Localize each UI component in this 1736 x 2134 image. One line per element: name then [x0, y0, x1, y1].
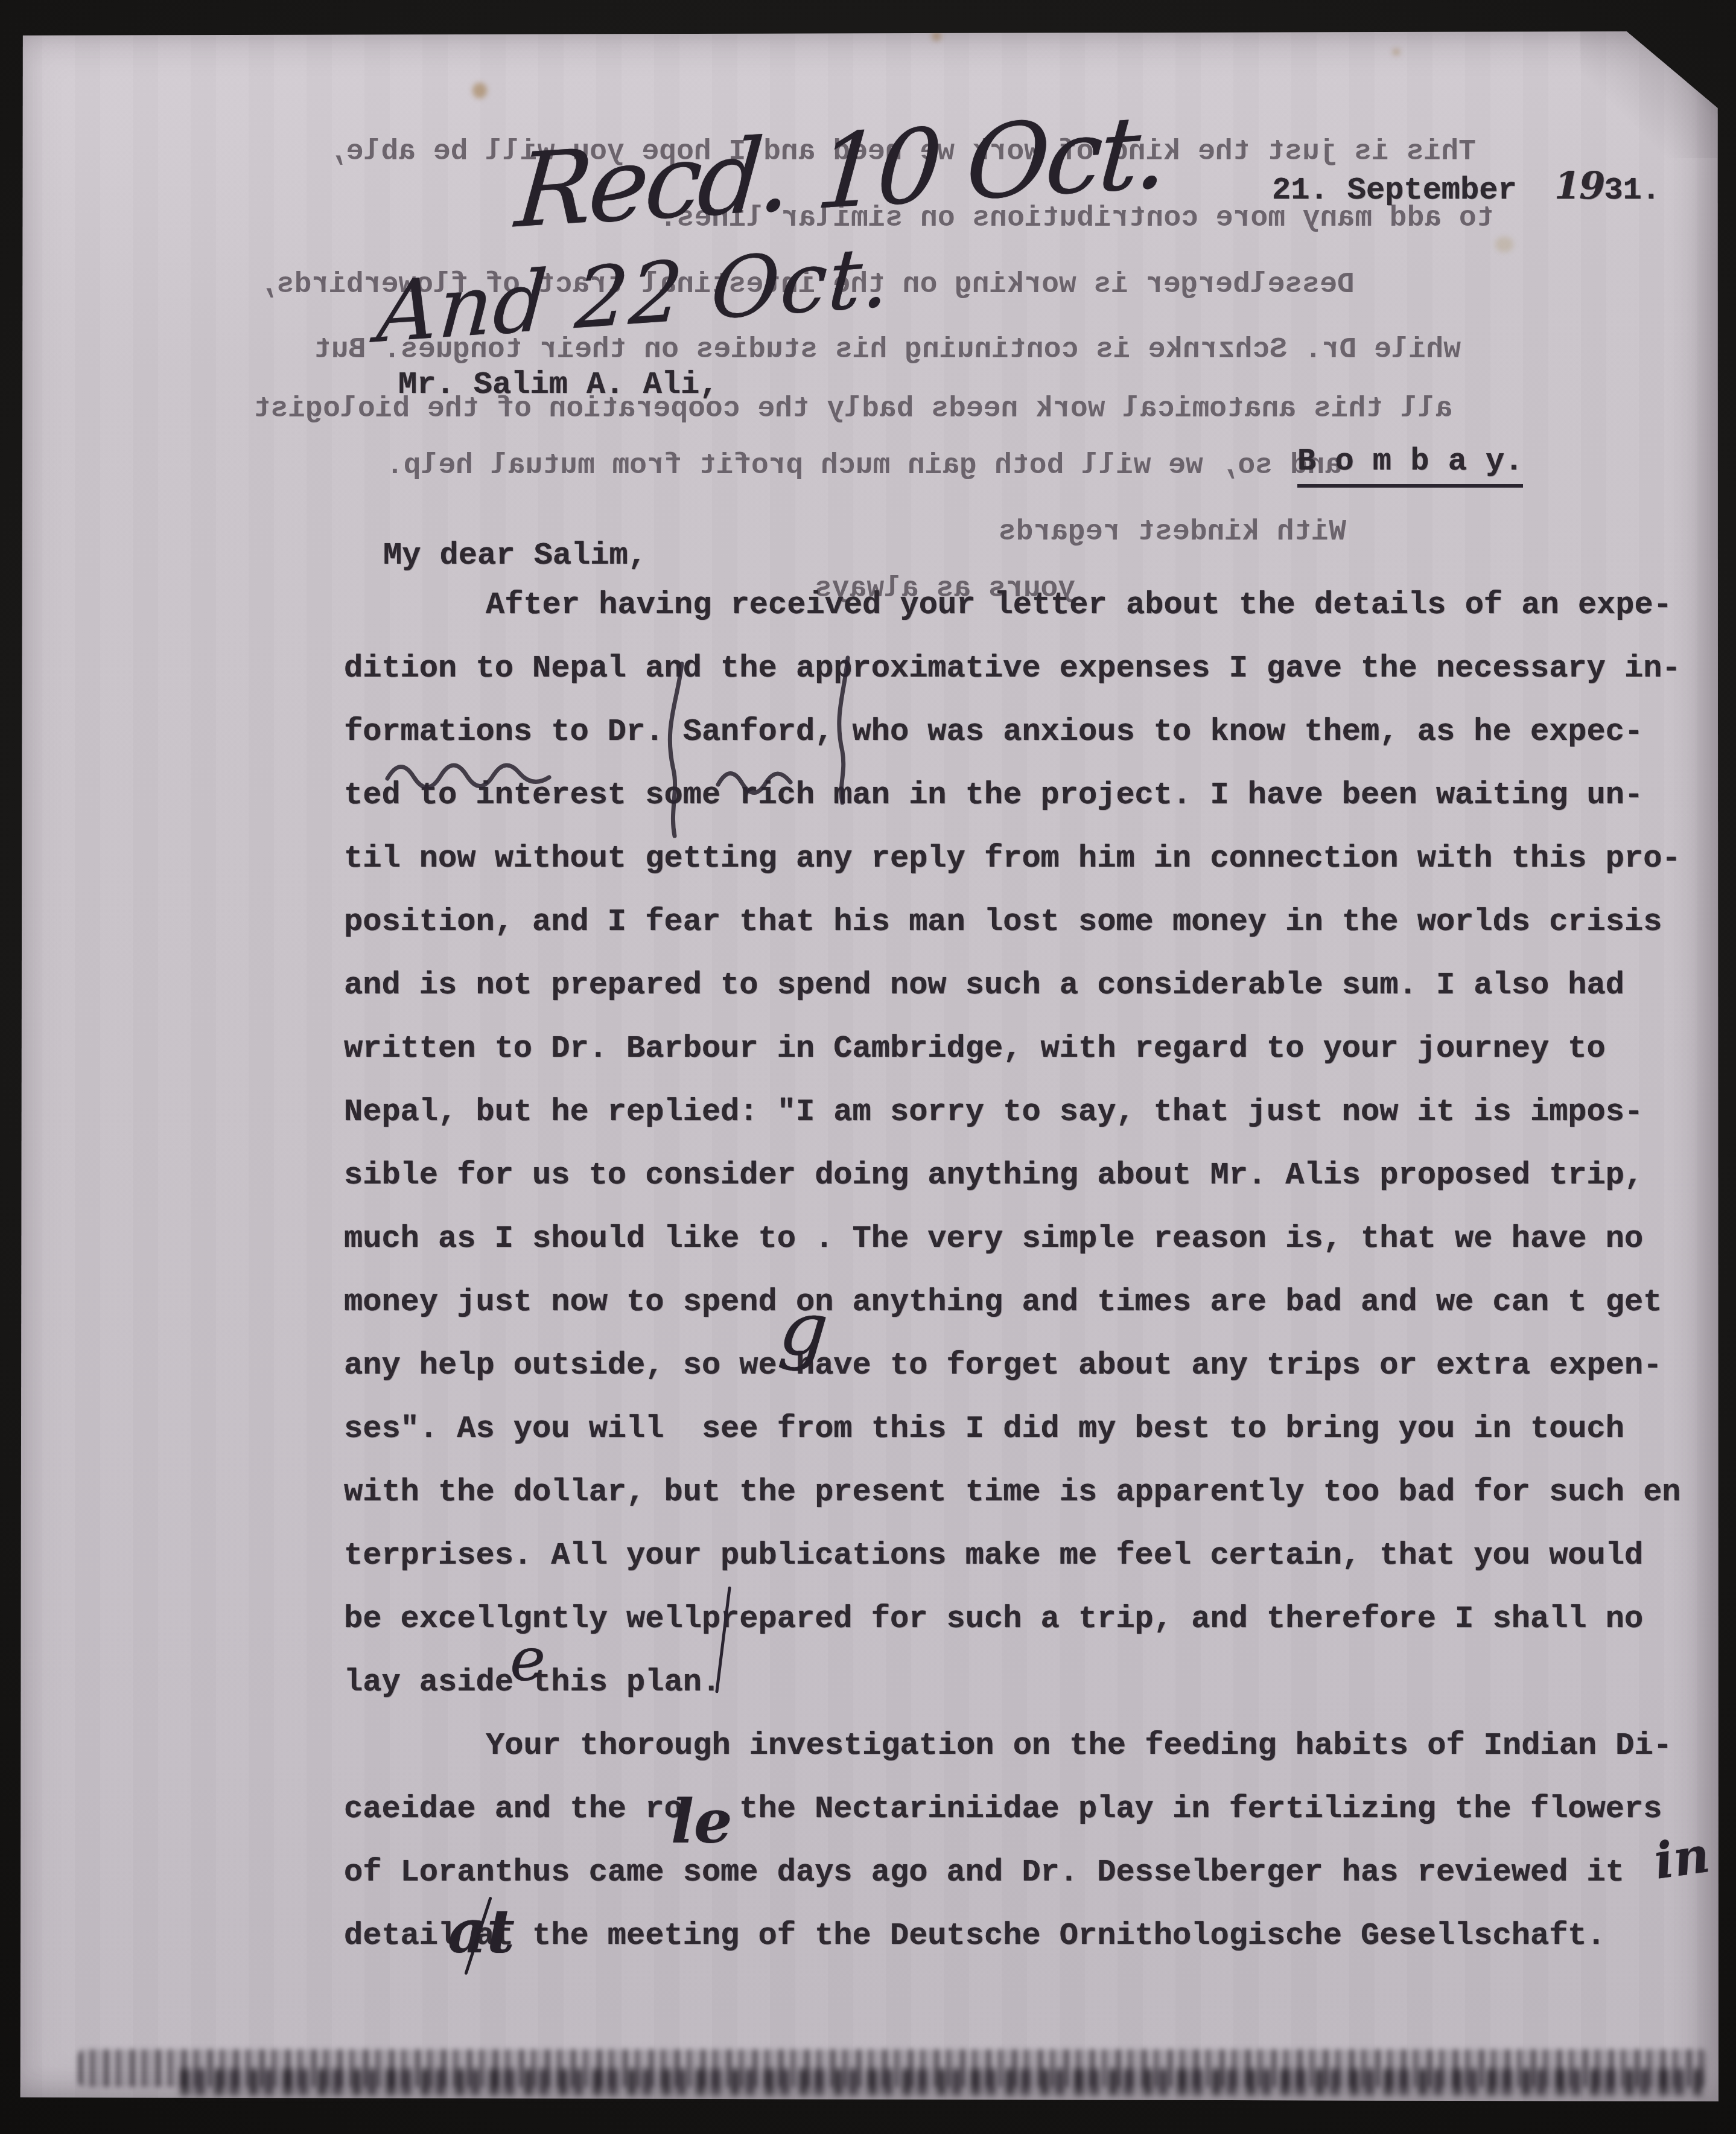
paper-stain: [1393, 48, 1400, 56]
typed-line: After having received your letter about …: [344, 573, 1681, 637]
e-correction-mark: e: [510, 1629, 545, 1690]
typed-line: and is not prepared to spend now such a …: [344, 954, 1681, 1017]
typed-line: written to Dr. Barbour in Cambridge, wit…: [344, 1017, 1681, 1080]
typed-line: any help outside, so we have to forget a…: [344, 1334, 1681, 1397]
typed-line: of Loranthus came some days ago and Dr. …: [344, 1841, 1672, 1904]
bleedthrough-line-6: and so, we will both gain much profit fr…: [386, 451, 1342, 480]
pen-stroke-after-dr: [670, 664, 682, 836]
g-correction-mark: g: [777, 1290, 831, 1369]
handwritten-year: 19: [1554, 164, 1604, 208]
recipient-city-underlined: B o m b a y.: [1297, 444, 1523, 488]
scan-background: This is just the kind of work we need an…: [0, 0, 1736, 2134]
typed-line: Your thorough investigation on the feedi…: [344, 1714, 1672, 1777]
paper-stain: [1495, 237, 1513, 252]
sanford-underline-squiggle: [380, 655, 875, 854]
typed-line: terprises. All your publications make me…: [344, 1524, 1681, 1587]
bleedthrough-line-7: With kindest regards: [999, 518, 1346, 547]
squiggle-under-sanford: [718, 773, 790, 792]
paper-stain: [932, 31, 941, 41]
pen-stroke-after-sanford: [839, 658, 848, 803]
typed-line: position, and I fear that his man lost s…: [344, 890, 1681, 954]
typed-line: Nepal, but he replied: "I am sorry to sa…: [344, 1080, 1681, 1144]
recipient-name: Mr. Salim A. Ali,: [398, 353, 719, 416]
typed-year: 31.: [1604, 173, 1661, 208]
typed-line: sible for us to consider doing anything …: [344, 1144, 1681, 1207]
body-paragraph-2: Your thorough investigation on the feedi…: [344, 1714, 1672, 1967]
typed-line: ses". As you will see from this I did my…: [344, 1397, 1681, 1460]
paper-stain: [472, 83, 487, 98]
typed-date: 21. September: [1272, 173, 1517, 208]
le-correction-mark: le: [671, 1791, 733, 1852]
date-gap: [1517, 173, 1554, 208]
date-line: 21. September 1931.: [1272, 154, 1661, 222]
typed-line: money just now to spend on anything and …: [344, 1270, 1681, 1334]
folded-corner-shade: [1580, 31, 1719, 158]
in-correction-mark: in: [1652, 1830, 1712, 1887]
bottom-smudge-band-dark: [181, 2069, 1702, 2095]
typed-line: much as I should like to . The very simp…: [344, 1207, 1681, 1270]
recipient-city: B o m b a y.: [1297, 430, 1523, 493]
typed-line: detail at the meeting of the Deutsche Or…: [344, 1904, 1672, 1967]
typed-line: with the dollar, but the present time is…: [344, 1460, 1681, 1524]
typed-line: caeidae and the ro the Nectariniidae pla…: [344, 1777, 1672, 1841]
squiggle-under-to-dr: [387, 765, 549, 788]
